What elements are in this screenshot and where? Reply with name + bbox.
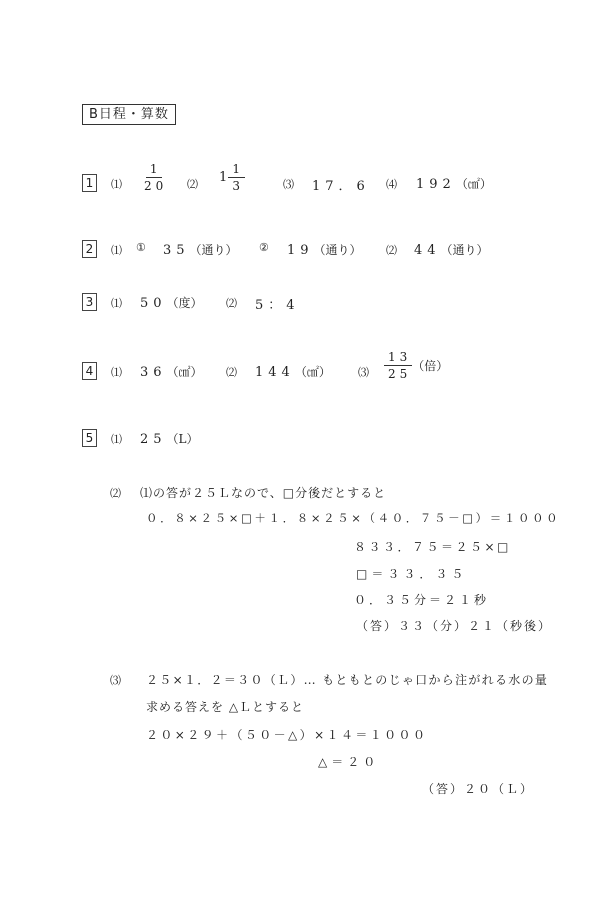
- q2-part1-sub1-answer: 35（通り）: [163, 241, 238, 258]
- q5-part3-label: ⑶: [110, 672, 121, 688]
- q4-part2-label: ⑵: [226, 364, 237, 380]
- numerator: 1: [228, 162, 245, 178]
- q2-part1-sub1-label: ①: [136, 241, 146, 254]
- numerator: 1: [146, 162, 163, 178]
- q5-part2-label: ⑵: [110, 485, 121, 501]
- q1-part1-answer: 120: [140, 162, 168, 193]
- q5-part2-answer: （答）３３（分）２１（秒後）: [356, 617, 552, 634]
- q5-part1-answer: 25（L）: [140, 430, 199, 447]
- q4-part3-label: ⑶: [358, 364, 369, 380]
- q5-part2-line-1: ⑴の答が２５Ｌなので、□分後だとすると: [140, 484, 386, 501]
- denominator: 25: [384, 366, 412, 381]
- q5-part2-line-2: ０．８×２５×□＋１．８×２５×（４０．７５－□）＝１０００: [146, 510, 560, 526]
- q3-part2-label: ⑵: [226, 295, 237, 311]
- q1-part1-label: ⑴: [111, 176, 122, 192]
- question-1-number: 1: [82, 174, 97, 192]
- q5-part2-line-4: □＝３３．３５: [356, 565, 467, 582]
- denominator: 20: [140, 178, 168, 193]
- q4-part3-answer: 1325（倍）: [384, 350, 448, 381]
- q5-part3-line-3: ２０×２９＋（５０－△）×１４＝１０００: [146, 726, 427, 743]
- denominator: 3: [228, 178, 245, 193]
- q2-part1-sub2-answer: 19（通り）: [287, 241, 362, 258]
- q2-part2-answer: 44（通り）: [414, 241, 489, 258]
- q5-part3-answer: （答）２０（Ｌ）: [422, 780, 534, 797]
- question-2-number: 2: [82, 240, 97, 258]
- q1-part2-label: ⑵: [187, 176, 198, 192]
- question-5-number: 5: [82, 429, 97, 447]
- q5-part3-line-4: △＝２０: [318, 753, 379, 770]
- q1-part2-answer: 1 13: [219, 162, 245, 193]
- page-title: B日程・算数: [82, 104, 176, 125]
- q1-part4-answer: 192（㎠）: [416, 175, 492, 192]
- q4-part1-label: ⑴: [111, 364, 122, 380]
- q5-part2-line-3: ８３３．７５＝２５×□: [354, 538, 511, 555]
- q5-part3-line-2: 求める答えを △Ｌとすると: [146, 698, 304, 715]
- q4-part2-answer: 144（㎠）: [255, 363, 331, 380]
- q1-part3-answer: 17．6: [312, 175, 370, 194]
- q3-part1-label: ⑴: [111, 295, 122, 311]
- q2-part1-label: ⑴: [111, 242, 122, 258]
- q3-part2-answer: 5：4: [255, 294, 300, 313]
- q1-part3-label: ⑶: [283, 176, 294, 192]
- question-3-number: 3: [82, 293, 97, 311]
- numerator: 13: [384, 350, 412, 366]
- q2-part2-label: ⑵: [386, 242, 397, 258]
- q1-part4-label: ⑷: [386, 176, 397, 192]
- whole-number: 1: [219, 170, 227, 185]
- q2-part1-sub2-label: ②: [259, 241, 269, 254]
- q4-part1-answer: 36（㎠）: [140, 363, 203, 380]
- q5-part2-line-5: ０．３５分＝２１秒: [354, 591, 489, 608]
- question-4-number: 4: [82, 362, 97, 380]
- q5-part1-label: ⑴: [111, 431, 122, 447]
- q5-part3-line-1: ２５×１．２＝３０（Ｌ）… もともとのじゃ口から注がれる水の量: [146, 671, 548, 688]
- q3-part1-answer: 50（度）: [140, 294, 203, 311]
